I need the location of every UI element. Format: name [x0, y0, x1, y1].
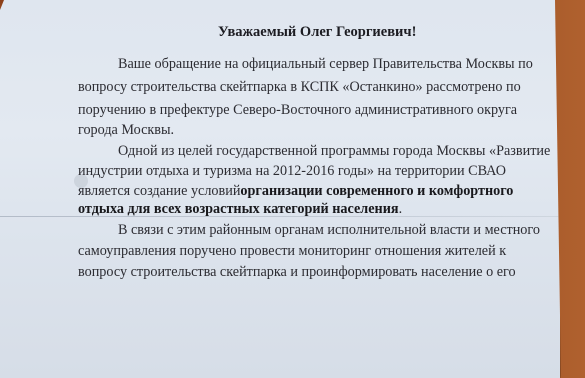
letter-greeting: Уважаемый Олег Георгиевич!: [218, 24, 416, 41]
paragraph-1-line-3: поручению в префектуре Северо-Восточного…: [78, 102, 474, 119]
paragraph-1-line-2: вопросу строительства скейтпарка в КСПК …: [78, 79, 474, 96]
paragraph-2-line-4: отдыха для всех возрастных категорий нас…: [78, 201, 474, 218]
letter-paper: Уважаемый Олег Георгиевич! Ваше обращени…: [0, 0, 560, 378]
paragraph-2-line-4-end: .: [399, 201, 403, 217]
paragraph-2-line-3-normal: является создание условий: [78, 183, 240, 200]
paragraph-2-line-1: Одной из целей государственной программы…: [118, 143, 474, 160]
paragraph-2-line-3: является создание условий организации со…: [78, 183, 474, 200]
paragraph-2-line-4-bold: отдыха для всех возрастных категорий нас…: [78, 201, 399, 217]
paragraph-1-line-1: Ваше обращение на официальный сервер Пра…: [118, 56, 474, 73]
paragraph-2-line-2: индустрии отдыха и туризма на 2012-2016 …: [78, 163, 474, 180]
paragraph-3-line-3: вопросу строительства скейтпарка и проин…: [78, 264, 474, 281]
paragraph-2-line-3-bold: организации современного и комфортного: [240, 183, 513, 200]
paragraph-3-line-1: В связи с этим районным органам исполнит…: [118, 222, 474, 239]
paragraph-3-line-2: самоуправления поручено провести монитор…: [78, 243, 474, 260]
paragraph-1-line-4: города Москвы.: [78, 122, 474, 139]
